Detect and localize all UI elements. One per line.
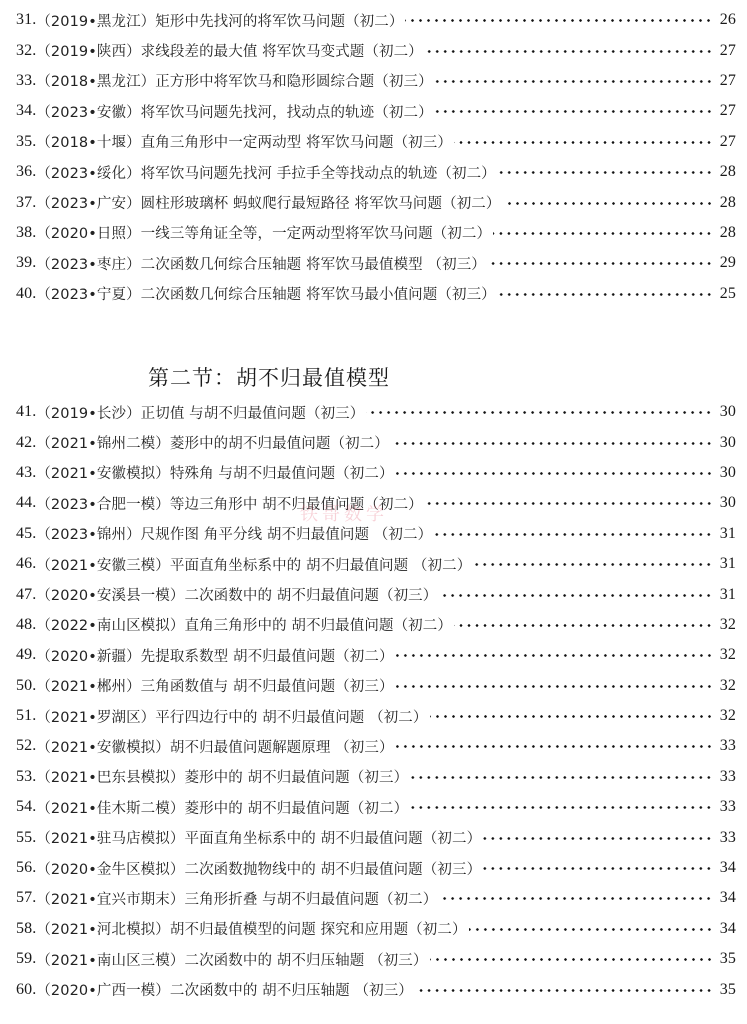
entry-page-number: 33 <box>716 737 736 755</box>
entry-number: 58. <box>16 920 36 938</box>
entry-title: 直角三角形中的 胡不归最值问题（初二） <box>184 614 452 635</box>
toc-section-two: 41.（2019•长沙）正切值 与胡不归最值问题（初三）3042.（2021•锦… <box>16 397 736 1005</box>
toc-entry[interactable]: 34.（2023•安徽）将军饮马问题先找河，找动点的轨迹（初二）27 <box>16 96 736 126</box>
entry-source: （2019•陕西） <box>36 40 140 61</box>
entry-source: （2023•宁夏） <box>36 283 140 304</box>
entry-source: （2021•罗湖区） <box>36 706 155 727</box>
toc-entry[interactable]: 36.（2023•绥化）将军饮马问题先找河 手拉手全等找动点的轨迹（初二）28 <box>16 157 736 187</box>
entry-title: 直角三角形中一定两动型 将军饮马问题（初三） <box>141 131 452 152</box>
toc-entry[interactable]: 56.（2020•金牛区模拟）二次函数抛物线中的 胡不归最值问题（初三）34 <box>16 853 736 883</box>
entry-source: （2023•合肥一模） <box>36 493 170 514</box>
entry-page-number: 35 <box>716 981 736 999</box>
entry-source: （2021•佳木斯二模） <box>36 797 184 818</box>
dot-leader <box>473 556 713 572</box>
toc-entry[interactable]: 52.（2021•安徽模拟）胡不归最值问题解题原理 （初三）33 <box>16 731 736 761</box>
entry-page-number: 32 <box>716 646 736 664</box>
toc-entry[interactable]: 50.（2021•郴州）三角函数值与 胡不归最值问题（初三）32 <box>16 671 736 701</box>
toc-entry[interactable]: 38.（2020•日照）一线三等角证全等，一定两动型将军饮马问题（初二）28 <box>16 218 736 248</box>
dot-leader <box>391 435 713 451</box>
toc-entry[interactable]: 58.（2021•河北模拟）胡不归最值模型的问题 探究和应用题（初二）34 <box>16 914 736 944</box>
entry-number: 52. <box>16 737 36 755</box>
entry-source: （2023•广安） <box>36 192 140 213</box>
entry-page-number: 30 <box>716 494 736 512</box>
entry-title: 矩形中先找河的将军饮马问题（初二） <box>155 10 403 31</box>
entry-number: 36. <box>16 163 36 181</box>
entry-number: 54. <box>16 798 36 816</box>
dot-leader <box>488 255 713 271</box>
entry-source: （2023•绥化） <box>36 162 140 183</box>
entry-source: （2020•日照） <box>36 222 140 243</box>
dot-leader <box>425 495 713 511</box>
dot-leader <box>454 617 713 633</box>
entry-page-number: 34 <box>716 889 736 907</box>
toc-entry[interactable]: 31.（2019•黑龙江）矩形中先找河的将军饮马问题（初二）26 <box>16 5 736 35</box>
entry-page-number: 30 <box>716 403 736 421</box>
toc-entry[interactable]: 54.（2021•佳木斯二模）菱形中的 胡不归最值问题（初二）33 <box>16 792 736 822</box>
entry-source: （2022•南山区模拟） <box>36 614 184 635</box>
entry-page-number: 32 <box>716 707 736 725</box>
entry-number: 39. <box>16 254 36 272</box>
entry-source: （2019•黑龙江） <box>36 10 155 31</box>
entry-title: 二次函数中的 胡不归最值问题（初三） <box>184 584 437 605</box>
toc-entry[interactable]: 55.（2021•驻马店模拟）平面直角坐标系中的 胡不归最值问题（初二）33 <box>16 822 736 852</box>
dot-leader <box>410 799 713 815</box>
entry-number: 59. <box>16 950 36 968</box>
entry-title: 二次函数中的 胡不归压轴题 （初三） <box>170 979 413 1000</box>
entry-number: 33. <box>16 72 36 90</box>
toc-entry[interactable]: 51.（2021•罗湖区）平行四边行中的 胡不归最值问题 （初二）32 <box>16 701 736 731</box>
entry-title: 求线段差的最大值 将军饮马变式题（初二） <box>141 40 423 61</box>
dot-leader <box>439 890 713 906</box>
dot-leader <box>435 103 713 119</box>
entry-page-number: 29 <box>716 254 736 272</box>
entry-source: （2021•巴东县模拟） <box>36 766 184 787</box>
entry-page-number: 35 <box>716 950 736 968</box>
entry-source: （2021•安徽三模） <box>36 554 170 575</box>
dot-leader <box>454 134 713 150</box>
entry-number: 50. <box>16 677 36 695</box>
entry-number: 40. <box>16 285 36 303</box>
entry-source: （2020•安溪县一模） <box>36 584 184 605</box>
toc-entry[interactable]: 45.（2023•锦州）尺规作图 角平分线 胡不归最值问题 （初二）31 <box>16 519 736 549</box>
entry-number: 55. <box>16 829 36 847</box>
entry-title: 三角函数值与 胡不归最值问题（初三） <box>141 675 394 696</box>
entry-source: （2020•广西一模） <box>36 979 170 1000</box>
toc-entry[interactable]: 41.（2019•长沙）正切值 与胡不归最值问题（初三）30 <box>16 397 736 427</box>
entry-number: 43. <box>16 464 36 482</box>
dot-leader <box>493 225 713 241</box>
entry-number: 35. <box>16 133 36 151</box>
toc-entry[interactable]: 53.（2021•巴东县模拟）菱形中的 胡不归最值问题（初三）33 <box>16 762 736 792</box>
entry-number: 34. <box>16 102 36 120</box>
entry-number: 42. <box>16 434 36 452</box>
dot-leader <box>415 982 713 998</box>
entry-page-number: 31 <box>716 525 736 543</box>
dot-leader <box>405 12 713 28</box>
toc-entry[interactable]: 35.（2018•十堰）直角三角形中一定两动型 将军饮马问题（初三）27 <box>16 127 736 157</box>
dot-leader <box>435 73 713 89</box>
entry-title: 平面直角坐标系中的 胡不归最值问题（初二） <box>184 827 481 848</box>
entry-page-number: 31 <box>716 555 736 573</box>
entry-number: 44. <box>16 494 36 512</box>
entry-page-number: 28 <box>716 163 736 181</box>
entry-page-number: 30 <box>716 434 736 452</box>
dot-leader <box>396 647 713 663</box>
entry-title: 二次函数几何综合压轴题 将军饮马最小值问题（初三） <box>141 283 496 304</box>
entry-source: （2018•黑龙江） <box>36 70 155 91</box>
entry-page-number: 31 <box>716 586 736 604</box>
entry-title: 先提取系数型 胡不归最值问题（初二） <box>141 645 394 666</box>
dot-leader <box>483 860 713 876</box>
entry-number: 56. <box>16 859 36 877</box>
entry-number: 49. <box>16 646 36 664</box>
entry-source: （2021•安徽模拟） <box>36 736 170 757</box>
entry-number: 51. <box>16 707 36 725</box>
toc-entry[interactable]: 39.（2023•枣庄）二次函数几何综合压轴题 将军饮马最值模型 （初三）29 <box>16 248 736 278</box>
toc-entry[interactable]: 33.（2018•黑龙江）正方形中将军饮马和隐形圆综合题（初三）27 <box>16 66 736 96</box>
entry-source: （2018•十堰） <box>36 131 140 152</box>
entry-title: 胡不归最值模型的问题 探究和应用题（初二） <box>170 918 467 939</box>
entry-source: （2021•安徽模拟） <box>36 462 170 483</box>
dot-leader <box>439 587 713 603</box>
entry-page-number: 27 <box>716 72 736 90</box>
toc-entry[interactable]: 57.（2021•宜兴市期末）三角形折叠 与胡不归最值问题（初二）34 <box>16 883 736 913</box>
entry-page-number: 32 <box>716 677 736 695</box>
entry-number: 46. <box>16 555 36 573</box>
toc-entry[interactable]: 46.（2021•安徽三模）平面直角坐标系中的 胡不归最值问题 （初二）31 <box>16 549 736 579</box>
entry-source: （2023•枣庄） <box>36 253 140 274</box>
dot-leader <box>503 195 714 211</box>
dot-leader <box>410 769 713 785</box>
entry-page-number: 27 <box>716 42 736 60</box>
entry-title: 将军饮马问题先找河，找动点的轨迹（初二） <box>141 101 433 122</box>
entry-page-number: 28 <box>716 224 736 242</box>
entry-page-number: 34 <box>716 859 736 877</box>
entry-page-number: 32 <box>716 616 736 634</box>
entry-title: 菱形中的胡不归最值问题（初二） <box>170 432 389 453</box>
entry-page-number: 28 <box>716 194 736 212</box>
entry-number: 41. <box>16 403 36 421</box>
dot-leader <box>430 708 714 724</box>
entry-title: 正方形中将军饮马和隐形圆综合题（初三） <box>155 70 432 91</box>
entry-title: 一线三等角证全等，一定两动型将军饮马问题（初二） <box>141 222 491 243</box>
entry-title: 二次函数中的 胡不归压轴题 （初三） <box>184 949 427 970</box>
entry-title: 二次函数几何综合压轴题 将军饮马最值模型 （初三） <box>141 253 486 274</box>
entry-source: （2023•安徽） <box>36 101 140 122</box>
toc-entry[interactable]: 40.（2023•宁夏）二次函数几何综合压轴题 将军饮马最小值问题（初三）25 <box>16 279 736 309</box>
toc-entry[interactable]: 37.（2023•广安）圆柱形玻璃杯 蚂蚁爬行最短路径 将军饮马问题（初二）28 <box>16 187 736 217</box>
entry-source: （2021•南山区三模） <box>36 949 184 970</box>
section-heading: 第二节：胡不归最值模型 <box>148 362 390 392</box>
toc-section-one: 31.（2019•黑龙江）矩形中先找河的将军饮马问题（初二）2632.（2019… <box>16 5 736 309</box>
entry-title: 特殊角 与胡不归最值问题（初二） <box>170 462 394 483</box>
entry-number: 31. <box>16 11 36 29</box>
dot-leader <box>396 678 713 694</box>
toc-entry[interactable]: 59.（2021•南山区三模）二次函数中的 胡不归压轴题 （初三）35 <box>16 944 736 974</box>
entry-title: 三角形折叠 与胡不归最值问题（初二） <box>184 888 437 909</box>
toc-entry[interactable]: 49.（2020•新疆）先提取系数型 胡不归最值问题（初二）32 <box>16 640 736 670</box>
entry-source: （2021•河北模拟） <box>36 918 170 939</box>
entry-number: 45. <box>16 525 36 543</box>
dot-leader <box>366 404 713 420</box>
entry-title: 平行四边行中的 胡不归最值问题 （初二） <box>155 706 427 727</box>
entry-title: 等边三角形中 胡不归最值问题（初二） <box>170 493 423 514</box>
toc-entry[interactable]: 47.（2020•安溪县一模）二次函数中的 胡不归最值问题（初三）31 <box>16 579 736 609</box>
dot-leader <box>425 43 713 59</box>
toc-entry[interactable]: 60.（2020•广西一模）二次函数中的 胡不归压轴题 （初三）35 <box>16 974 736 1004</box>
entry-source: （2020•新疆） <box>36 645 140 666</box>
entry-number: 53. <box>16 768 36 786</box>
entry-title: 正切值 与胡不归最值问题（初三） <box>141 402 365 423</box>
entry-title: 二次函数抛物线中的 胡不归最值问题（初三） <box>184 858 481 879</box>
dot-leader <box>469 921 713 937</box>
entry-title: 平面直角坐标系中的 胡不归最值问题 （初二） <box>170 554 471 575</box>
entry-title: 菱形中的 胡不归最值问题（初二） <box>184 797 408 818</box>
toc-entry[interactable]: 42.（2021•锦州二模）菱形中的胡不归最值问题（初二）30 <box>16 427 736 457</box>
entry-title: 尺规作图 角平分线 胡不归最值问题 （初二） <box>141 523 433 544</box>
dot-leader <box>396 465 713 481</box>
entry-source: （2021•宜兴市期末） <box>36 888 184 909</box>
entry-page-number: 27 <box>716 133 736 151</box>
dot-leader <box>483 830 713 846</box>
entry-number: 60. <box>16 981 36 999</box>
entry-number: 48. <box>16 616 36 634</box>
entry-title: 菱形中的 胡不归最值问题（初三） <box>184 766 408 787</box>
entry-number: 57. <box>16 889 36 907</box>
entry-number: 37. <box>16 194 36 212</box>
dot-leader <box>430 951 714 967</box>
entry-page-number: 34 <box>716 920 736 938</box>
dot-leader <box>498 286 713 302</box>
dot-leader <box>498 164 713 180</box>
entry-page-number: 26 <box>716 11 736 29</box>
entry-page-number: 27 <box>716 102 736 120</box>
entry-source: （2020•金牛区模拟） <box>36 858 184 879</box>
entry-source: （2019•长沙） <box>36 402 140 423</box>
entry-number: 47. <box>16 586 36 604</box>
toc-entry[interactable]: 48.（2022•南山区模拟）直角三角形中的 胡不归最值问题（初二）32 <box>16 610 736 640</box>
entry-number: 38. <box>16 224 36 242</box>
entry-page-number: 33 <box>716 829 736 847</box>
entry-source: （2023•锦州） <box>36 523 140 544</box>
toc-entry[interactable]: 44.（2023•合肥一模）等边三角形中 胡不归最值问题（初二）30 <box>16 488 736 518</box>
entry-title: 圆柱形玻璃杯 蚂蚁爬行最短路径 将军饮马问题（初二） <box>141 192 501 213</box>
entry-title: 将军饮马问题先找河 手拉手全等找动点的轨迹（初二） <box>141 162 496 183</box>
entry-title: 胡不归最值问题解题原理 （初三） <box>170 736 394 757</box>
entry-page-number: 30 <box>716 464 736 482</box>
dot-leader <box>396 738 713 754</box>
dot-leader <box>434 526 713 542</box>
toc-entry[interactable]: 32.（2019•陕西）求线段差的最大值 将军饮马变式题（初二）27 <box>16 35 736 65</box>
entry-number: 32. <box>16 42 36 60</box>
entry-source: （2021•驻马店模拟） <box>36 827 184 848</box>
entry-page-number: 33 <box>716 798 736 816</box>
entry-page-number: 33 <box>716 768 736 786</box>
entry-source: （2021•锦州二模） <box>36 432 170 453</box>
entry-source: （2021•郴州） <box>36 675 140 696</box>
entry-page-number: 25 <box>716 285 736 303</box>
toc-entry[interactable]: 43.（2021•安徽模拟）特殊角 与胡不归最值问题（初二）30 <box>16 458 736 488</box>
